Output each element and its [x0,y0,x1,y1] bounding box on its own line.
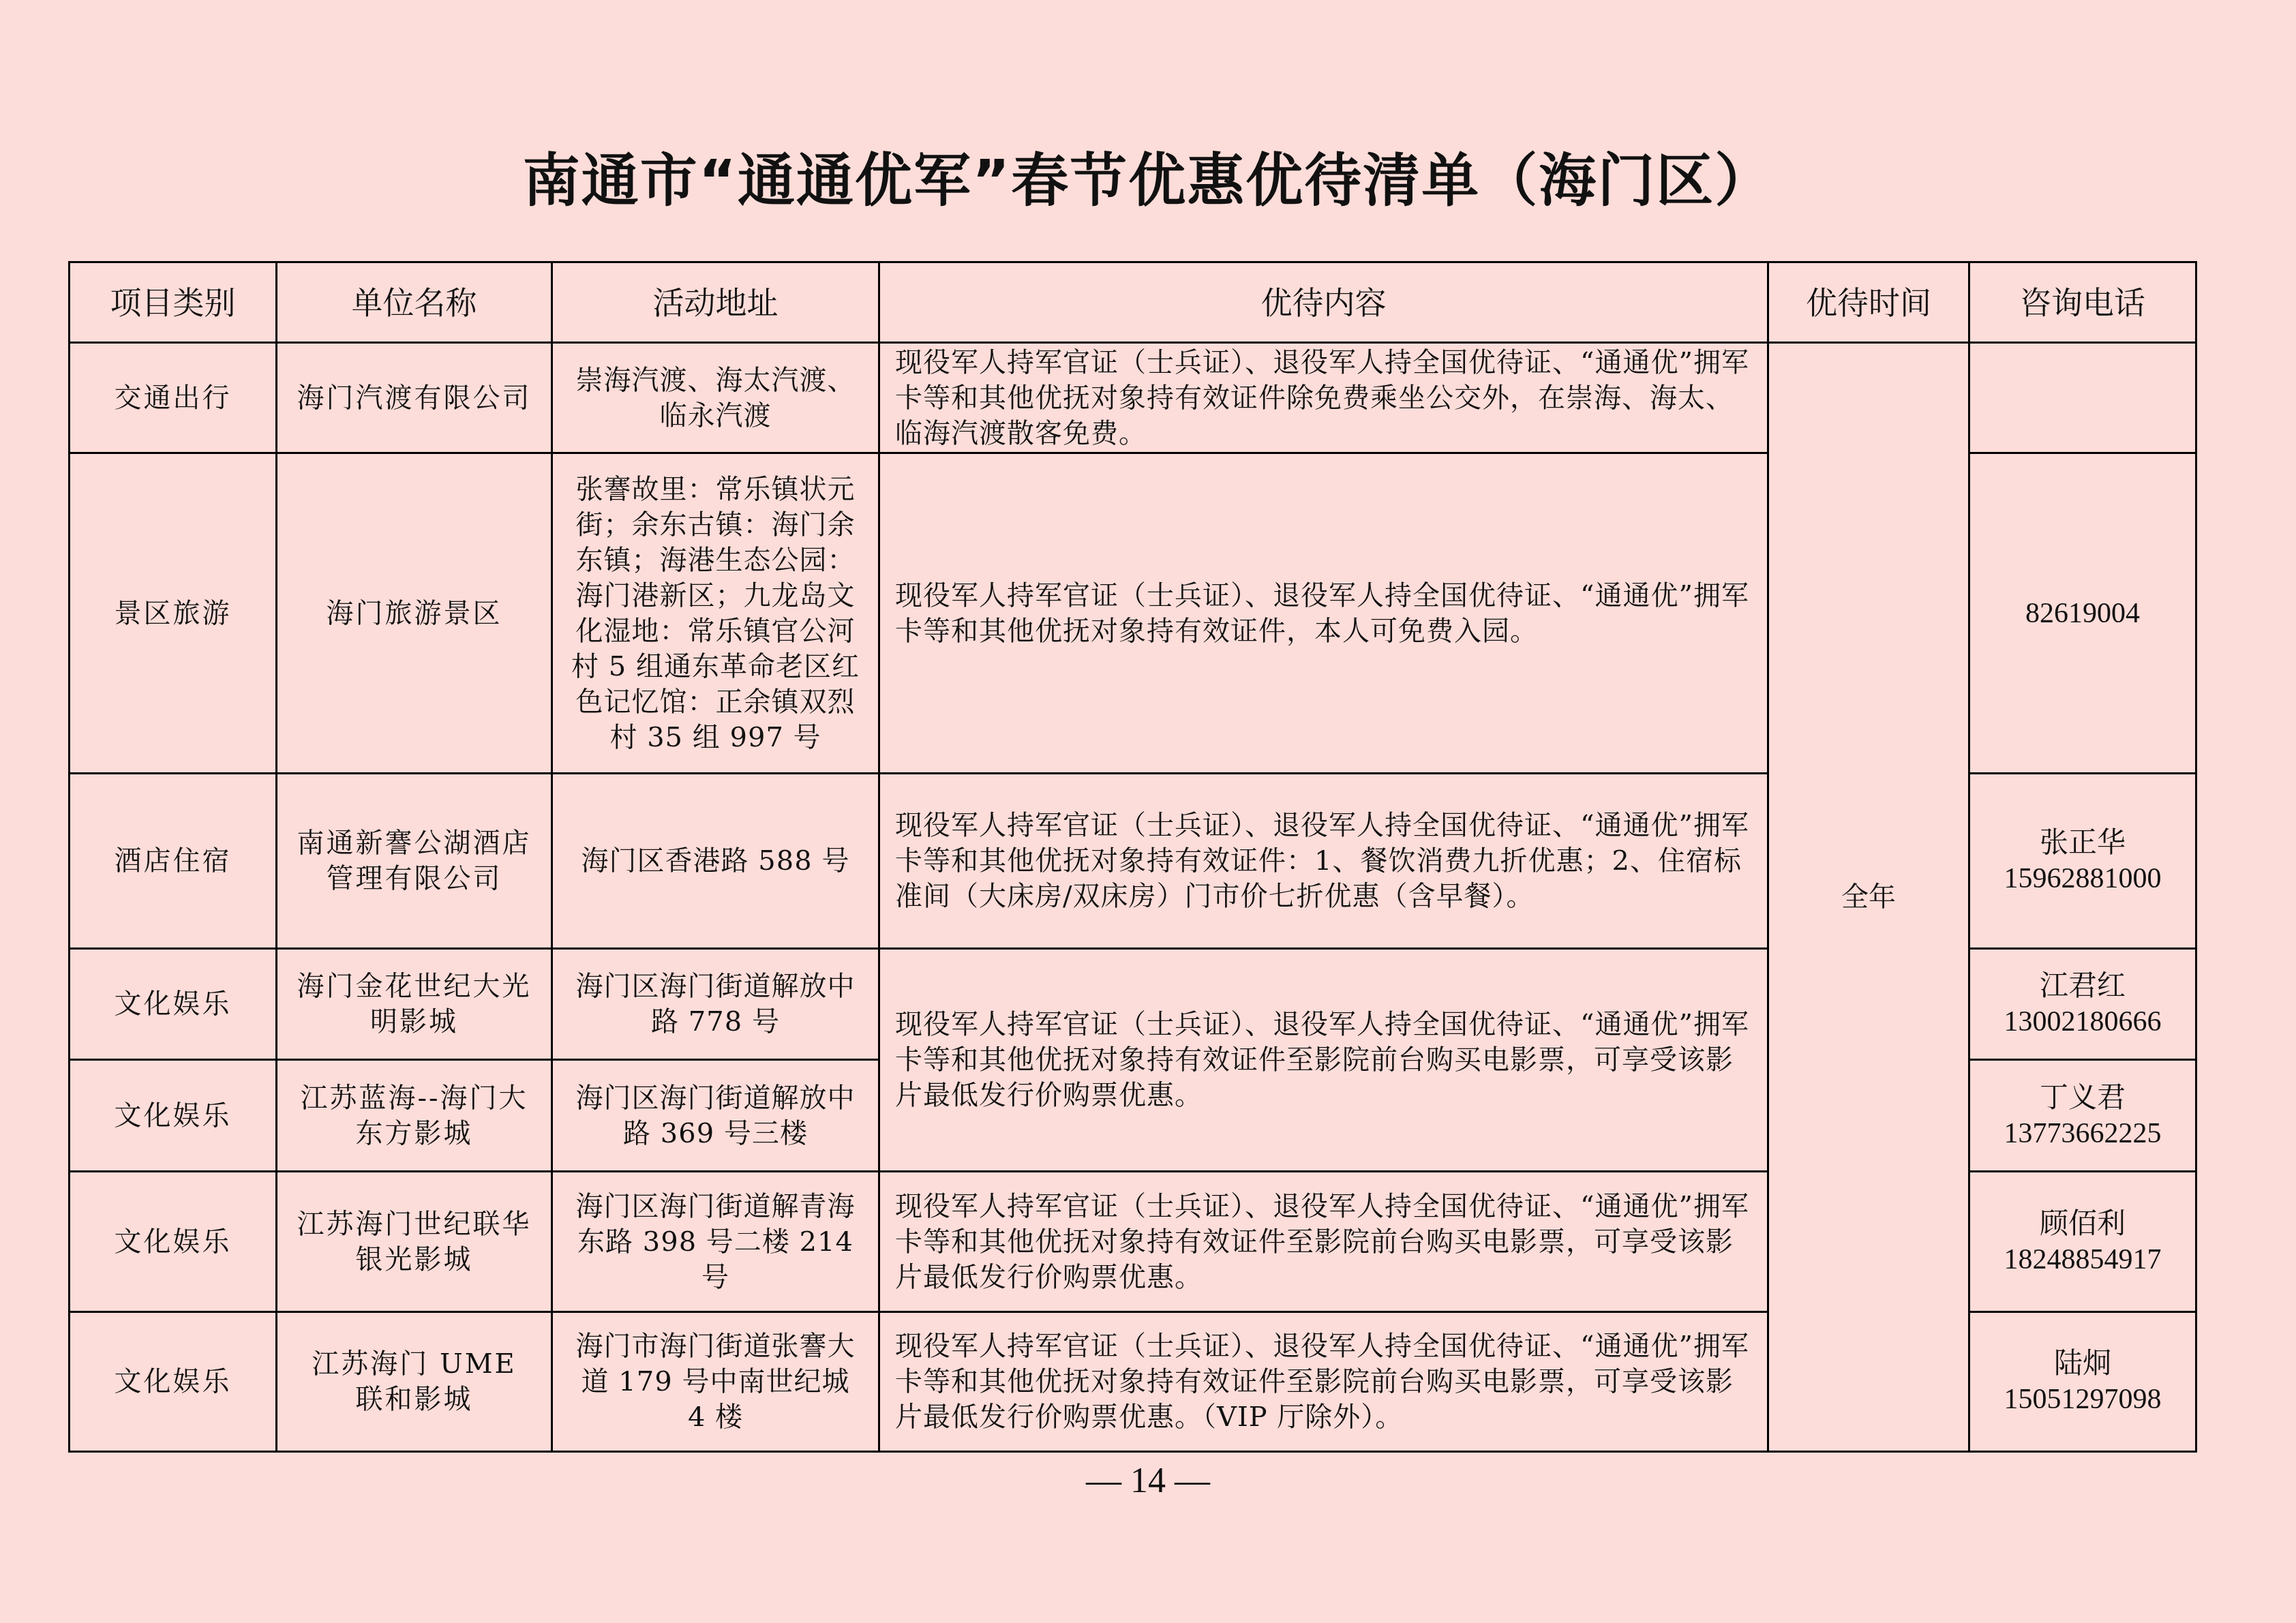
table-row: 交通出行 海门汽渡有限公司 崇海汽渡、海太汽渡、临永汽渡 现役军人持军官证（士兵… [70,343,2196,453]
cell-address: 海门区海门街道解放中路 778 号 [552,949,879,1060]
benefits-table: 项目类别 单位名称 活动地址 优待内容 优待时间 咨询电话 交通出行 海门汽渡有… [68,261,2197,1453]
contact-name: 丁义君 [1987,1080,2179,1116]
contact-phone: 13773662225 [1987,1116,2179,1151]
cell-phone: 丁义君 13773662225 [1969,1060,2196,1172]
cell-benefit: 现役军人持军官证（士兵证）、退役军人持全国优待证、“通通优”拥军卡等和其他优抚对… [879,1172,1768,1312]
contact-phone: 82619004 [1987,596,2179,631]
cell-address: 张謇故里：常乐镇状元街；余东古镇：海门余东镇；海港生态公园：海门港新区；九龙岛文… [552,453,879,774]
cell-unit: 南通新謇公湖酒店管理有限公司 [277,774,552,949]
contact-phone: 15051297098 [1987,1382,2179,1417]
cell-period: 全年 [1768,343,1969,1452]
contact-phone: 15962881000 [1987,861,2179,896]
cell-benefit: 现役军人持军官证（士兵证）、退役军人持全国优待证、“通通优”拥军卡等和其他优抚对… [879,1312,1768,1452]
cell-address: 海门市海门街道张謇大道 179 号中南世纪城 4 楼 [552,1312,879,1452]
contact-name: 顾佰利 [1987,1207,2179,1242]
contact-name: 江君红 [1987,969,2179,1004]
cell-category: 文化娱乐 [70,949,277,1060]
cell-category: 酒店住宿 [70,774,277,949]
contact-name: 陆炯 [1987,1346,2179,1382]
header-benefit: 优待内容 [879,262,1768,343]
table-header-row: 项目类别 单位名称 活动地址 优待内容 优待时间 咨询电话 [70,262,2196,343]
cell-category: 文化娱乐 [70,1172,277,1312]
cell-address: 海门区香港路 588 号 [552,774,879,949]
cell-unit: 江苏海门世纪联华银光影城 [277,1172,552,1312]
contact-name: 张正华 [1987,825,2179,861]
cell-phone: 82619004 [1969,453,2196,774]
header-phone: 咨询电话 [1969,262,2196,343]
cell-address: 海门区海门街道解青海东路 398 号二楼 214 号 [552,1172,879,1312]
contact-phone: 18248854917 [1987,1242,2179,1277]
cell-phone: 陆炯 15051297098 [1969,1312,2196,1452]
header-unit-name: 单位名称 [277,262,552,343]
cell-phone: 顾佰利 18248854917 [1969,1172,2196,1312]
cell-unit: 海门金花世纪大光明影城 [277,949,552,1060]
cell-category: 文化娱乐 [70,1312,277,1452]
cell-unit: 海门旅游景区 [277,453,552,774]
cell-unit: 海门汽渡有限公司 [277,343,552,453]
header-address: 活动地址 [552,262,879,343]
contact-phone: 13002180666 [1987,1004,2179,1040]
cell-benefit: 现役军人持军官证（士兵证）、退役军人持全国优待证、“通通优”拥军卡等和其他优抚对… [879,949,1768,1172]
header-period: 优待时间 [1768,262,1969,343]
cell-category: 景区旅游 [70,453,277,774]
cell-address: 崇海汽渡、海太汽渡、临永汽渡 [552,343,879,453]
cell-phone: 江君红 13002180666 [1969,949,2196,1060]
cell-benefit: 现役军人持军官证（士兵证）、退役军人持全国优待证、“通通优”拥军卡等和其他优抚对… [879,453,1768,774]
page-number: — 14 — [0,1457,2296,1505]
cell-phone: 张正华 15962881000 [1969,774,2196,949]
cell-category: 文化娱乐 [70,1060,277,1172]
cell-category: 交通出行 [70,343,277,453]
cell-unit: 江苏海门 UME 联和影城 [277,1312,552,1452]
document-title: 南通市“通通优军”春节优惠优待清单（海门区） [0,136,2296,225]
cell-phone [1969,343,2196,453]
cell-benefit: 现役军人持军官证（士兵证）、退役军人持全国优待证、“通通优”拥军卡等和其他优抚对… [879,774,1768,949]
cell-unit: 江苏蓝海--海门大东方影城 [277,1060,552,1172]
cell-benefit: 现役军人持军官证（士兵证）、退役军人持全国优待证、“通通优”拥军卡等和其他优抚对… [879,343,1768,453]
header-category: 项目类别 [70,262,277,343]
cell-address: 海门区海门街道解放中路 369 号三楼 [552,1060,879,1172]
